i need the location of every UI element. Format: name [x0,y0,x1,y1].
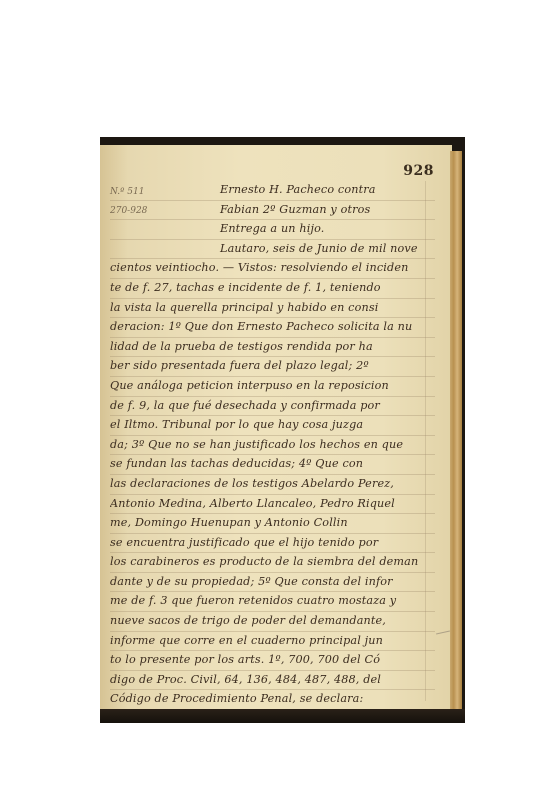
page-stack-edge [450,151,462,713]
body-line: dante y de su propiedad; 5º Que consta d… [110,573,435,593]
body-line: cientos veintiocho. — Vistos: resolviend… [110,259,435,279]
body-line: me, Domingo Huenupan y Antonio Collin [110,514,435,534]
body-line: las declaraciones de los testigos Abelar… [110,475,435,495]
heading-line: Ernesto H. Pacheco contra [110,181,435,201]
body-line: digo de Proc. Civil, 64, 136, 484, 487, … [110,671,435,691]
heading-line: Fabian 2º Guzman y otros [110,201,435,221]
body-line: lidad de la prueba de testigos rendida p… [110,338,435,358]
body-line: informe que corre en el cuaderno princip… [110,632,435,652]
body-line: de f. 9, la que fué desechada y confirma… [110,397,435,417]
body-line: se fundan las tachas deducidas; 4º Que c… [110,455,435,475]
binding-shadow [100,709,465,723]
body-line: Código de Procedimiento Penal, se declar… [110,690,435,710]
scanned-ledger-photo: 928 N.º 511 270-928 Ernesto H. Pacheco c… [100,137,465,723]
body-line: Antonio Medina, Alberto Llancaleo, Pedro… [110,495,435,515]
handwritten-text-block: Ernesto H. Pacheco contra Fabian 2º Guzm… [110,181,435,711]
body-line: da; 3º Que no se han justificado los hec… [110,436,435,456]
page-number: 928 [403,163,434,179]
body-line: nueve sacos de trigo de poder del demand… [110,612,435,632]
heading-line: Entrega a un hijo. [110,220,435,240]
body-line: se encuentra justificado que el hijo ten… [110,534,435,554]
pencil-mark [436,631,450,635]
body-line: deracion: 1º Que don Ernesto Pacheco sol… [110,318,435,338]
body-line: Lautaro, seis de Junio de mil nove [110,240,435,260]
body-line: la vista la querella principal y habido … [110,299,435,319]
body-line: me de f. 3 que fueron retenidos cuatro m… [110,592,435,612]
body-line: el Iltmo. Tribunal por lo que hay cosa j… [110,416,435,436]
ledger-page: 928 N.º 511 270-928 Ernesto H. Pacheco c… [100,145,452,711]
body-line: Que análoga peticion interpuso en la rep… [110,377,435,397]
body-line: ber sido presentada fuera del plazo lega… [110,357,435,377]
body-line: te de f. 27, tachas e incidente de f. 1,… [110,279,435,299]
body-line: los carabineros es producto de la siembr… [110,553,435,573]
body-line: to lo presente por los arts. 1º, 700, 70… [110,651,435,671]
